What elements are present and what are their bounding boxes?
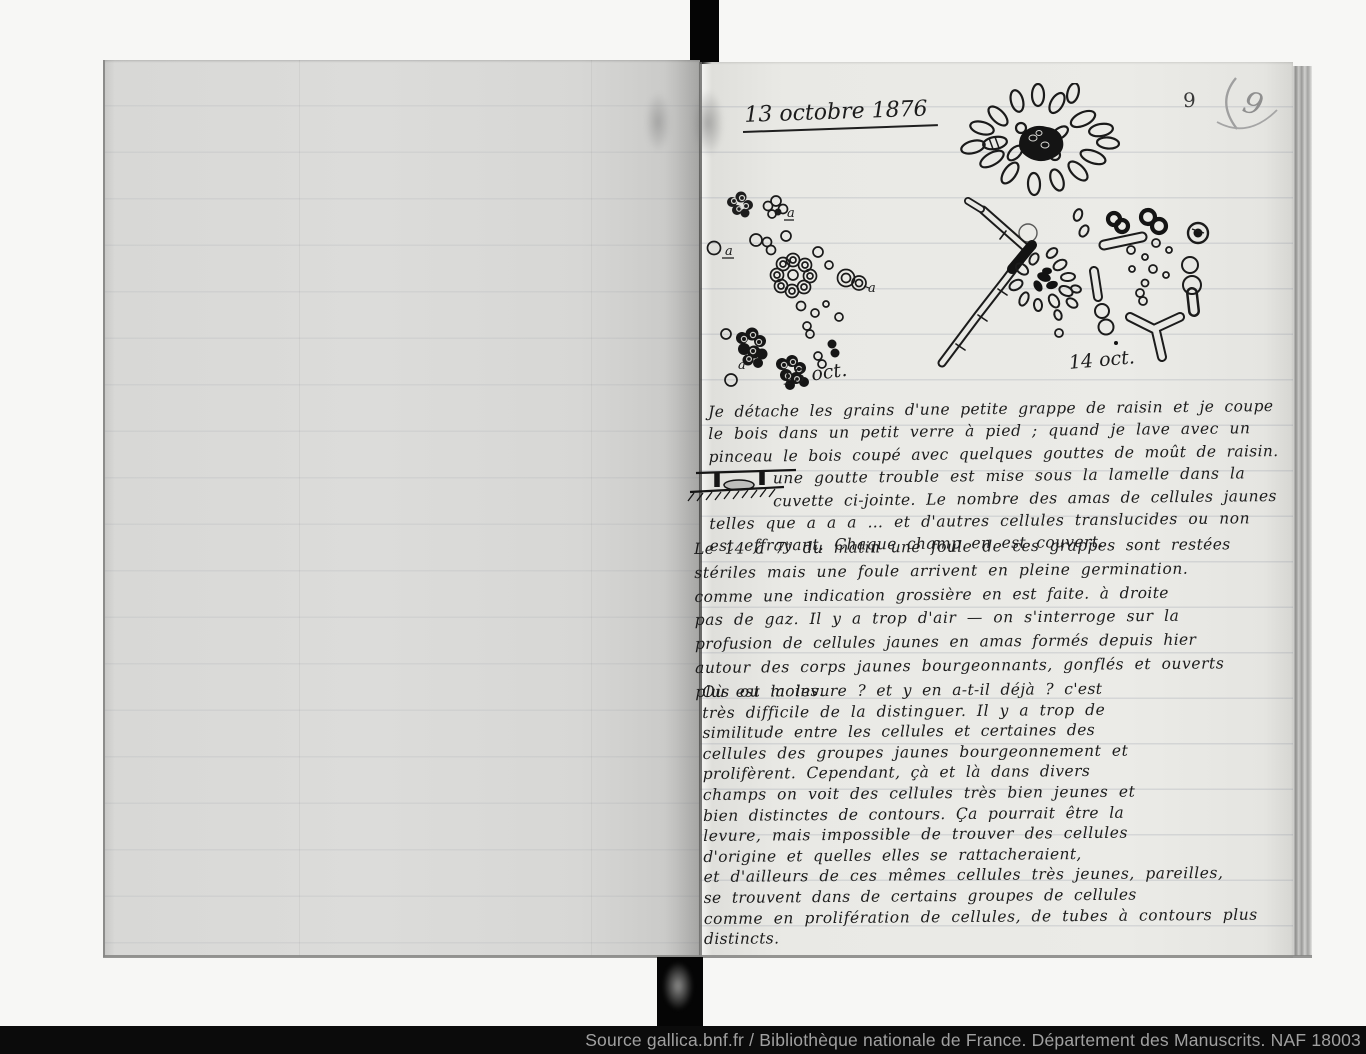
yeast-filament-figure-14-oct (926, 193, 1246, 373)
left-blank-page (103, 60, 700, 957)
annotation-a: a (725, 244, 733, 259)
yeast-rosette-figure (935, 83, 1145, 201)
annotation-a: a (738, 358, 746, 373)
handwriting-paragraph-3: Où est la levure ? et y en a-t-il déjà ?… (702, 678, 1258, 950)
page-edges (1293, 66, 1312, 956)
gutter-smudge (692, 90, 724, 156)
page-number-pencil: 9 (1239, 85, 1267, 124)
film-strip-bottom (657, 957, 703, 1026)
handwriting-line: distincts. (704, 925, 1258, 950)
film-smudge (663, 962, 693, 1010)
source-attribution-bar: Source gallica.bnf.fr / Bibliothèque nat… (0, 1026, 1366, 1054)
source-attribution-text: Source gallica.bnf.fr / Bibliothèque nat… (585, 1026, 1361, 1054)
pencil-folio-annotation: 9 (1210, 72, 1284, 138)
gutter-smudge (645, 92, 671, 152)
annotation-a: a (868, 281, 876, 296)
handwriting-line: autour des corps jaunes bourgeonnants, g… (695, 652, 1232, 680)
page-crease (591, 60, 592, 957)
page-crease (299, 60, 300, 957)
handwriting-line: et d'ailleurs de ces mêmes cellules très… (703, 863, 1257, 888)
annotation-a: a (787, 206, 795, 221)
book-bottom-edge (103, 955, 1312, 958)
manuscript-scan: 13 octobre 1876 9 9 (0, 0, 1366, 1054)
film-strip-top (690, 0, 719, 64)
page-number-printed: 9 (1183, 88, 1196, 112)
